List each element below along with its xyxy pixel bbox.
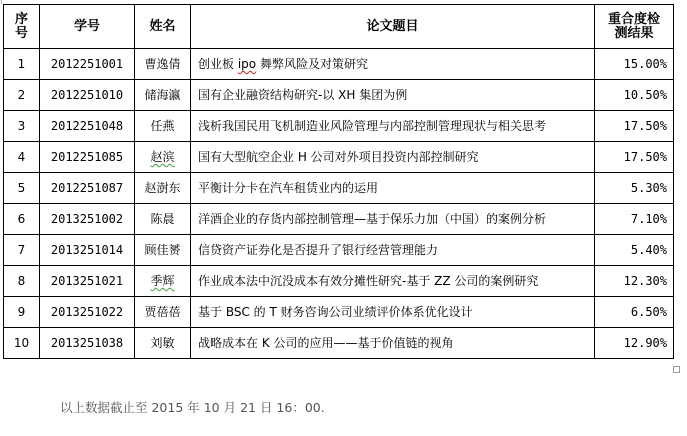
grammar-flagged-name[interactable]: 季辉	[150, 274, 174, 288]
cell-student-id: 2012251048	[40, 111, 135, 142]
table-row: 4 2012251085 赵滨 国有大型航空企业 H 公司对外项目投资内部控制研…	[4, 142, 674, 173]
cell-title: 浅析我国民用飞机制造业风险管理与内部控制管理现状与相关思考	[191, 111, 595, 142]
cell-title: 基于 BSC 的 T 财务咨询公司业绩评价体系优化设计	[191, 297, 595, 328]
cell-index: 8	[4, 266, 40, 297]
cell-index: 1	[4, 49, 40, 80]
cell-student-id: 2012251010	[40, 80, 135, 111]
table-header-row: 序 号 学号 姓名 论文题目 重合度检 测结果	[4, 5, 674, 49]
table-row: 3 2012251048 任燕 浅析我国民用飞机制造业风险管理与内部控制管理现状…	[4, 111, 674, 142]
cell-name: 刘敏	[135, 328, 191, 359]
cell-title: 国有企业融资结构研究-以 XH 集团为例	[191, 80, 595, 111]
cell-student-id: 2013251038	[40, 328, 135, 359]
plagiarism-results-table: 序 号 学号 姓名 论文题目 重合度检 测结果 1 2012251001 曹逸倩…	[3, 4, 674, 359]
cell-student-id: 2012251085	[40, 142, 135, 173]
cell-title: 信贷资产证券化是否提升了银行经营管理能力	[191, 235, 595, 266]
cell-title: 平衡计分卡在汽车租赁业内的运用	[191, 173, 595, 204]
cell-student-id: 2013251022	[40, 297, 135, 328]
header-title: 论文题目	[191, 5, 595, 49]
cell-name: 赵澍东	[135, 173, 191, 204]
cell-result: 12.30%	[595, 266, 674, 297]
cell-result: 17.50%	[595, 111, 674, 142]
cell-student-id: 2012251087	[40, 173, 135, 204]
cell-title: 国有大型航空企业 H 公司对外项目投资内部控制研究	[191, 142, 595, 173]
grammar-flagged-name[interactable]: 赵滨	[150, 150, 174, 164]
cell-name: 贾蓓蓓	[135, 297, 191, 328]
cell-name: 储海瀛	[135, 80, 191, 111]
header-name: 姓名	[135, 5, 191, 49]
cell-title: 创业板 ipo 舞弊风险及对策研究	[191, 49, 595, 80]
cell-title: 作业成本法中沉没成本有效分摊性研究-基于 ZZ 公司的案例研究	[191, 266, 595, 297]
cell-name: 赵滨	[135, 142, 191, 173]
cell-result: 6.50%	[595, 297, 674, 328]
table-row: 8 2013251021 季辉 作业成本法中沉没成本有效分摊性研究-基于 ZZ …	[4, 266, 674, 297]
header-student-id: 学号	[40, 5, 135, 49]
cell-student-id: 2013251014	[40, 235, 135, 266]
header-index: 序 号	[4, 5, 40, 49]
table-row: 7 2013251014 顾佳赟 信贷资产证券化是否提升了银行经营管理能力 5.…	[4, 235, 674, 266]
table-row: 1 2012251001 曹逸倩 创业板 ipo 舞弊风险及对策研究 15.00…	[4, 49, 674, 80]
header-result: 重合度检 测结果	[595, 5, 674, 49]
cell-name: 季辉	[135, 266, 191, 297]
cell-index: 4	[4, 142, 40, 173]
table-row: 10 2013251038 刘敏 战略成本在 K 公司的应用——基于价值链的视角…	[4, 328, 674, 359]
cell-result: 7.10%	[595, 204, 674, 235]
table-row: 6 2013251002 陈晨 洋酒企业的存货内部控制管理—基于保乐力加（中国）…	[4, 204, 674, 235]
cell-result: 10.50%	[595, 80, 674, 111]
cell-index: 5	[4, 173, 40, 204]
table-resize-handle[interactable]	[673, 366, 680, 373]
cell-name: 陈晨	[135, 204, 191, 235]
cell-title: 战略成本在 K 公司的应用——基于价值链的视角	[191, 328, 595, 359]
cell-index: 9	[4, 297, 40, 328]
cell-index: 2	[4, 80, 40, 111]
cell-index: 10	[4, 328, 40, 359]
cell-index: 6	[4, 204, 40, 235]
cell-index: 7	[4, 235, 40, 266]
cell-student-id: 2013251021	[40, 266, 135, 297]
cell-student-id: 2013251002	[40, 204, 135, 235]
table-row: 9 2013251022 贾蓓蓓 基于 BSC 的 T 财务咨询公司业绩评价体系…	[4, 297, 674, 328]
table-row: 5 2012251087 赵澍东 平衡计分卡在汽车租赁业内的运用 5.30%	[4, 173, 674, 204]
cell-result: 5.30%	[595, 173, 674, 204]
table-row: 2 2012251010 储海瀛 国有企业融资结构研究-以 XH 集团为例 10…	[4, 80, 674, 111]
cell-title: 洋酒企业的存货内部控制管理—基于保乐力加（中国）的案例分析	[191, 204, 595, 235]
cell-index: 3	[4, 111, 40, 142]
cell-student-id: 2012251001	[40, 49, 135, 80]
cell-result: 5.40%	[595, 235, 674, 266]
cell-name: 顾佳赟	[135, 235, 191, 266]
text-boundary-mark	[1, 0, 2, 4]
cell-result: 12.90%	[595, 328, 674, 359]
cell-result: 17.50%	[595, 142, 674, 173]
cell-name: 任燕	[135, 111, 191, 142]
cell-name: 曹逸倩	[135, 49, 191, 80]
spellcheck-flagged-word[interactable]: ipo	[238, 57, 256, 71]
cell-result: 15.00%	[595, 49, 674, 80]
data-cutoff-note: 以上数据截止至 2015 年 10 月 21 日 16：00.	[60, 398, 325, 416]
